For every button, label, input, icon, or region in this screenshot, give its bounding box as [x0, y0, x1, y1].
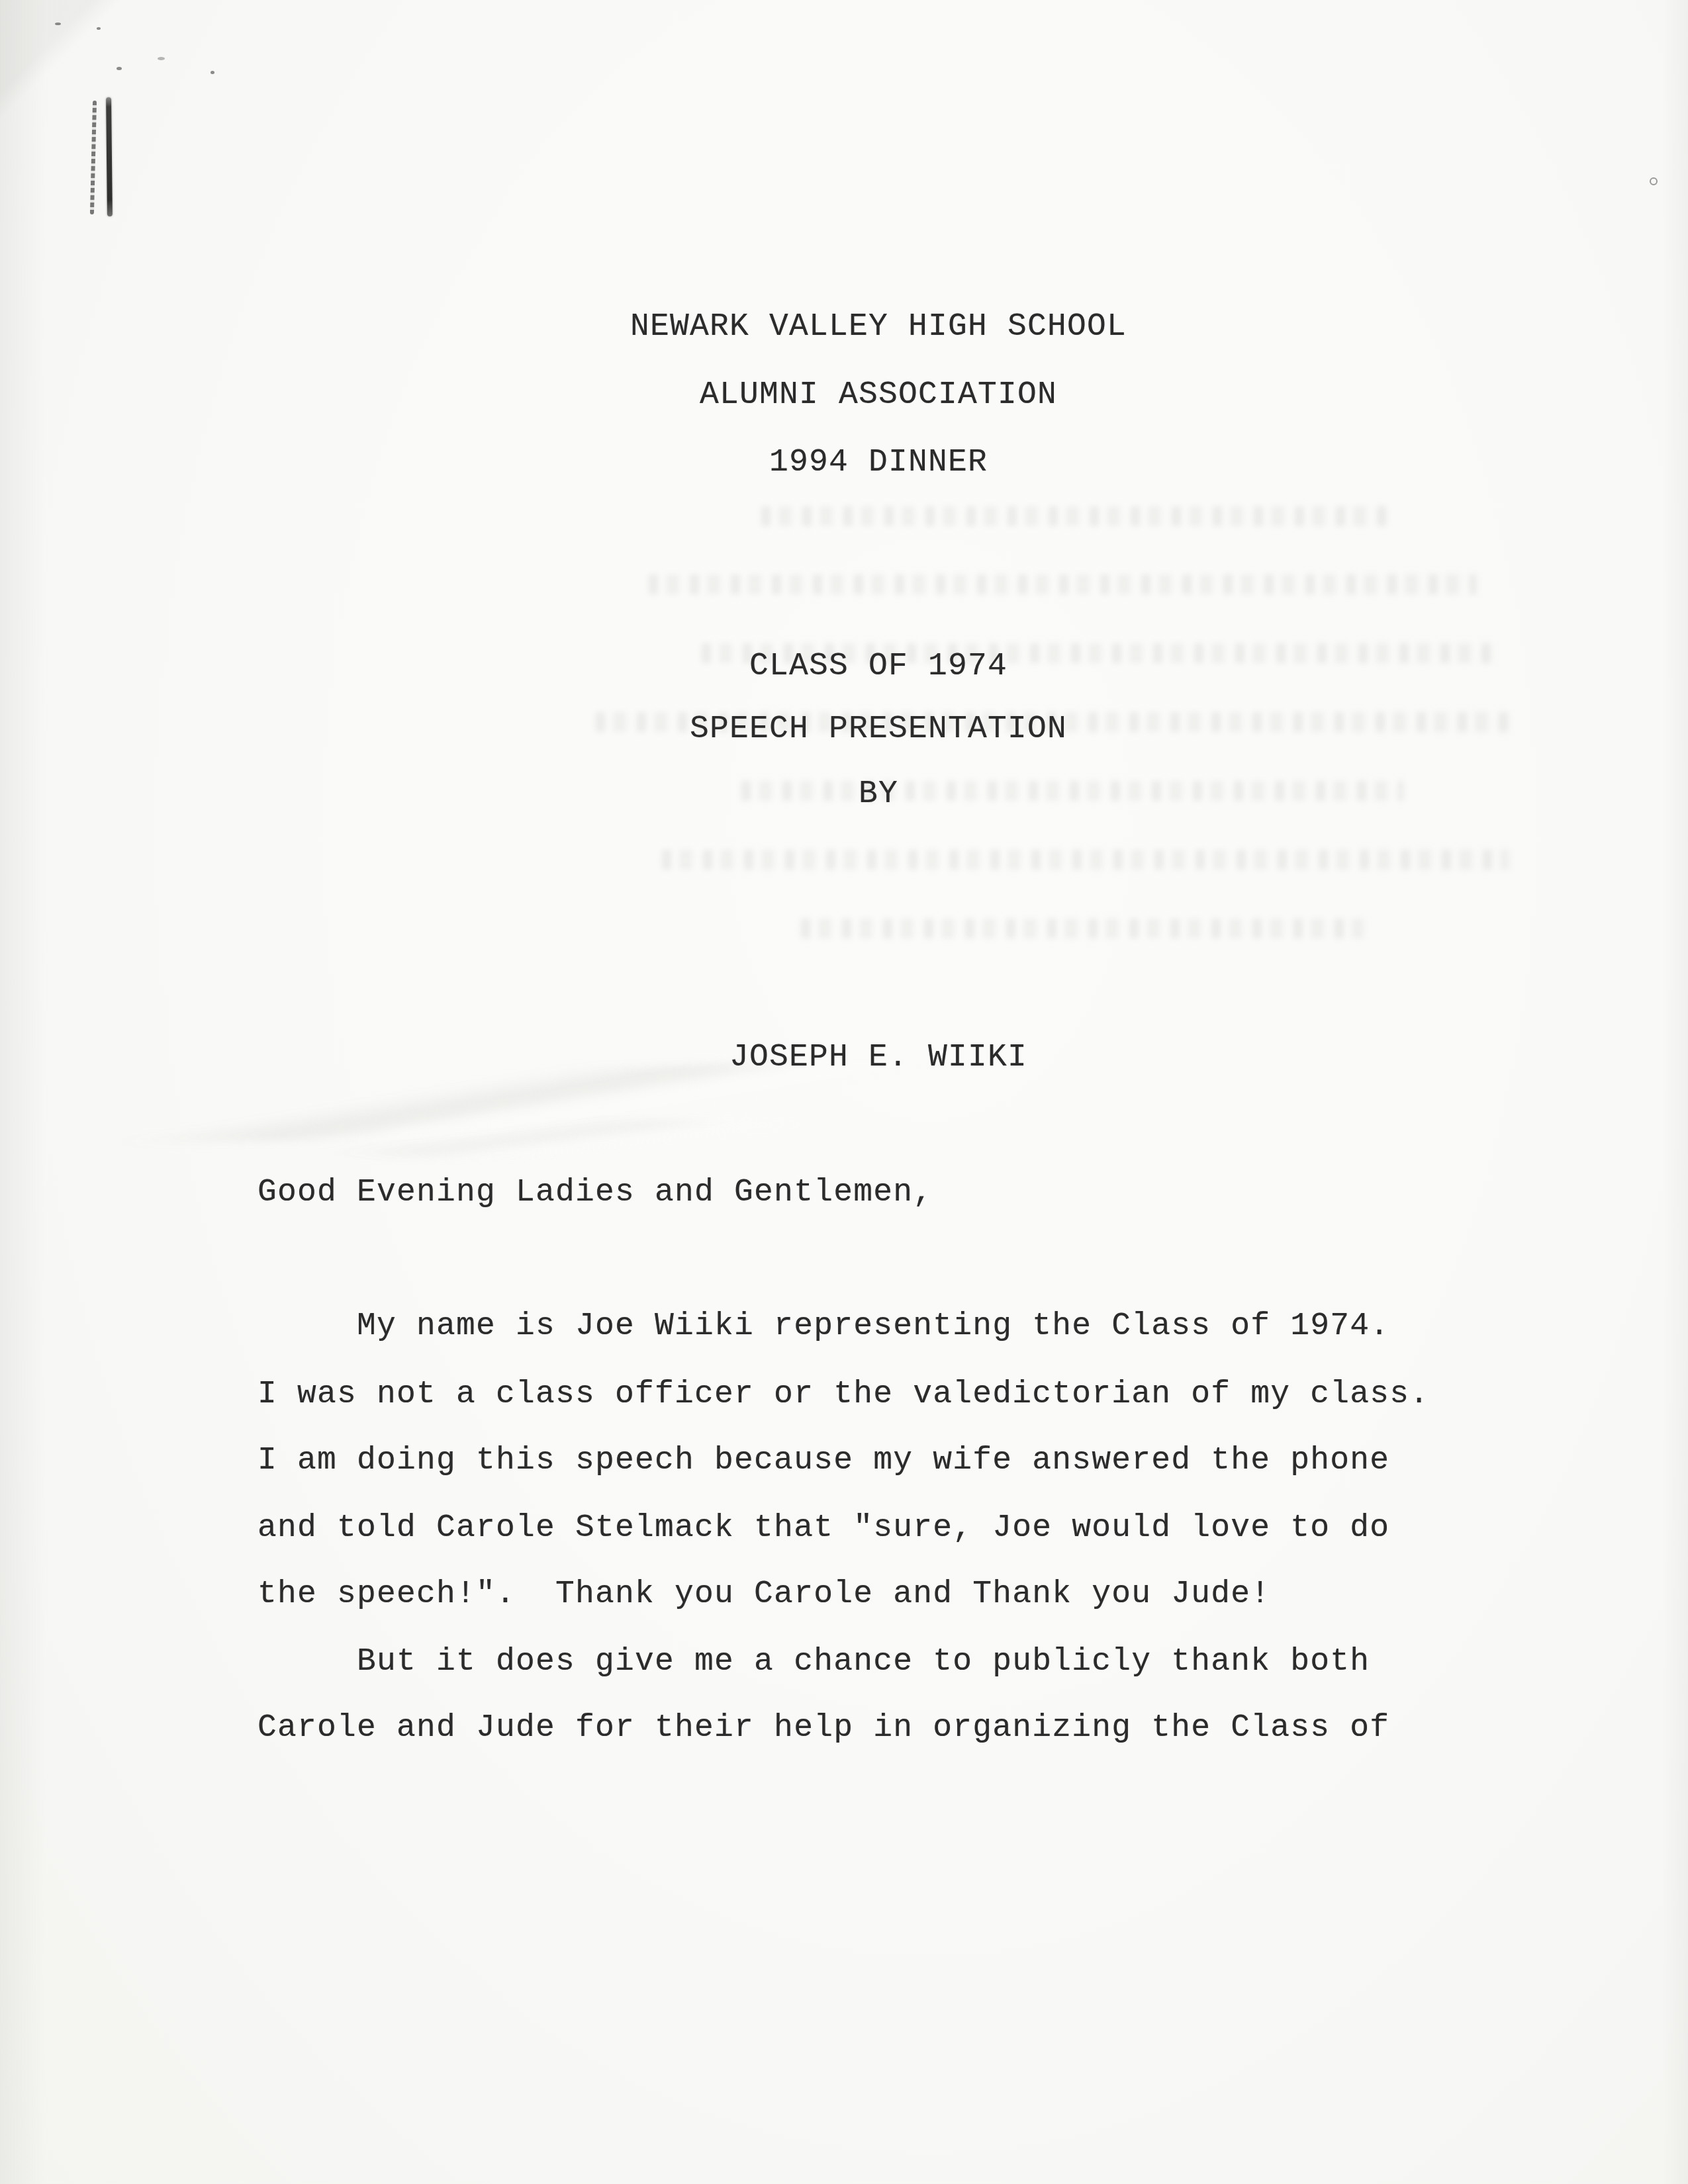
dust-speck — [55, 23, 61, 25]
scanned-speech-document-page: NEWARK VALLEY HIGH SCHOOL ALUMNI ASSOCIA… — [0, 0, 1688, 2184]
salutation-line: Good Evening Ladies and Gentlemen, — [258, 1177, 933, 1208]
dust-speck — [158, 57, 165, 60]
doc-title-line: ALUMNI ASSOCIATION — [0, 379, 1688, 411]
doc-subtitle-line: CLASS OF 1974 — [0, 651, 1688, 682]
body-line: the speech!". Thank you Carole and Thank… — [258, 1578, 1270, 1610]
body-line: I am doing this speech because my wife a… — [258, 1445, 1389, 1477]
doc-subtitle-line: SPEECH PRESENTATION — [0, 713, 1688, 745]
doc-subtitle-line: BY — [0, 778, 1688, 810]
body-line: and told Carole Stelmack that "sure, Joe… — [258, 1512, 1389, 1544]
doc-title-line: 1994 DINNER — [0, 447, 1688, 478]
body-line: But it does give me a chance to publicly… — [258, 1646, 1370, 1678]
doc-title-line: NEWARK VALLEY HIGH SCHOOL — [0, 311, 1688, 343]
dust-speck — [1650, 177, 1658, 185]
body-line: Carole and Jude for their help in organi… — [258, 1712, 1389, 1744]
body-line: My name is Joe Wiiki representing the Cl… — [258, 1310, 1389, 1342]
body-line: I was not a class officer or the valedic… — [258, 1379, 1429, 1410]
doc-author-name: JOSEPH E. WIIKI — [0, 1042, 1688, 1073]
dust-speck — [211, 71, 214, 74]
dust-speck — [117, 67, 122, 70]
dust-speck — [97, 27, 101, 30]
